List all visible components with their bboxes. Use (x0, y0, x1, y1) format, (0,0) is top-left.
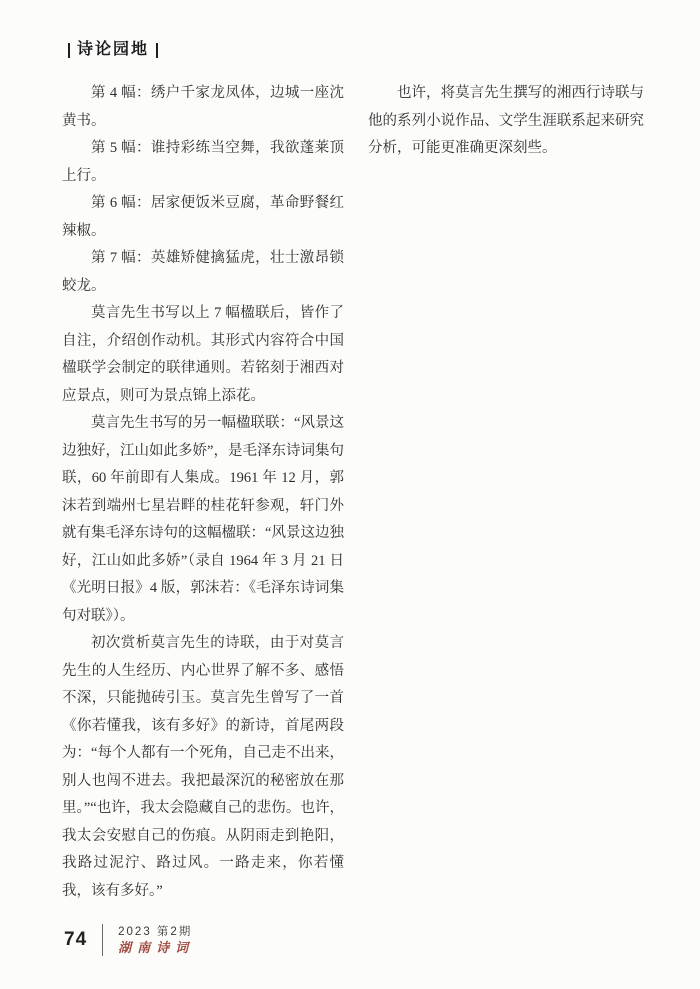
footer-divider (102, 924, 103, 956)
header-right-bar-icon (156, 43, 158, 58)
section-header: 诗论园地 (68, 42, 158, 58)
header-left-bar-icon (68, 43, 70, 58)
issue-info: 2023 第2期 (118, 925, 194, 939)
paragraph: 莫言先生书写的另一幅楹联联：“风景这边独好，江山如此多娇”，是毛泽东诗词集句联，… (62, 410, 344, 630)
journal-name: 湖南诗词 (118, 940, 194, 956)
page-footer: 74 2023 第2期 湖南诗词 (64, 924, 194, 956)
page-number: 74 (64, 929, 87, 951)
paragraph: 第 6 幅：居家便饭米豆腐，革命野餐红辣椒。 (62, 190, 344, 245)
section-title: 诗论园地 (77, 42, 149, 58)
paragraph: 第 7 幅：英雄矫健擒猛虎，壮士激昂锁蛟龙。 (62, 245, 344, 300)
paragraph: 初次赏析莫言先生的诗联，由于对莫言先生的人生经历、内心世界了解不多、感悟不深，只… (62, 630, 344, 905)
paragraph: 也许，将莫言先生撰写的湘西行诗联与他的系列小说作品、文学生涯联系起来研究分析，可… (368, 80, 644, 163)
paragraph: 莫言先生书写以上 7 幅楹联后，皆作了自注，介绍创作动机。其形式内容符合中国楹联… (62, 300, 344, 410)
paragraph: 第 4 幅：绣户千家龙凤体，边城一座沈黄书。 (62, 80, 344, 135)
journal-block: 2023 第2期 湖南诗词 (118, 925, 194, 956)
magazine-page: 诗论园地 第 4 幅：绣户千家龙凤体，边城一座沈黄书。 第 5 幅：谁持彩练当空… (0, 0, 700, 989)
left-column: 第 4 幅：绣户千家龙凤体，边城一座沈黄书。 第 5 幅：谁持彩练当空舞，我欲蓬… (62, 80, 344, 930)
paragraph: 第 5 幅：谁持彩练当空舞，我欲蓬莱顶上行。 (62, 135, 344, 190)
article-body: 第 4 幅：绣户千家龙凤体，边城一座沈黄书。 第 5 幅：谁持彩练当空舞，我欲蓬… (62, 80, 644, 930)
right-column: 也许，将莫言先生撰写的湘西行诗联与他的系列小说作品、文学生涯联系起来研究分析，可… (368, 80, 644, 930)
